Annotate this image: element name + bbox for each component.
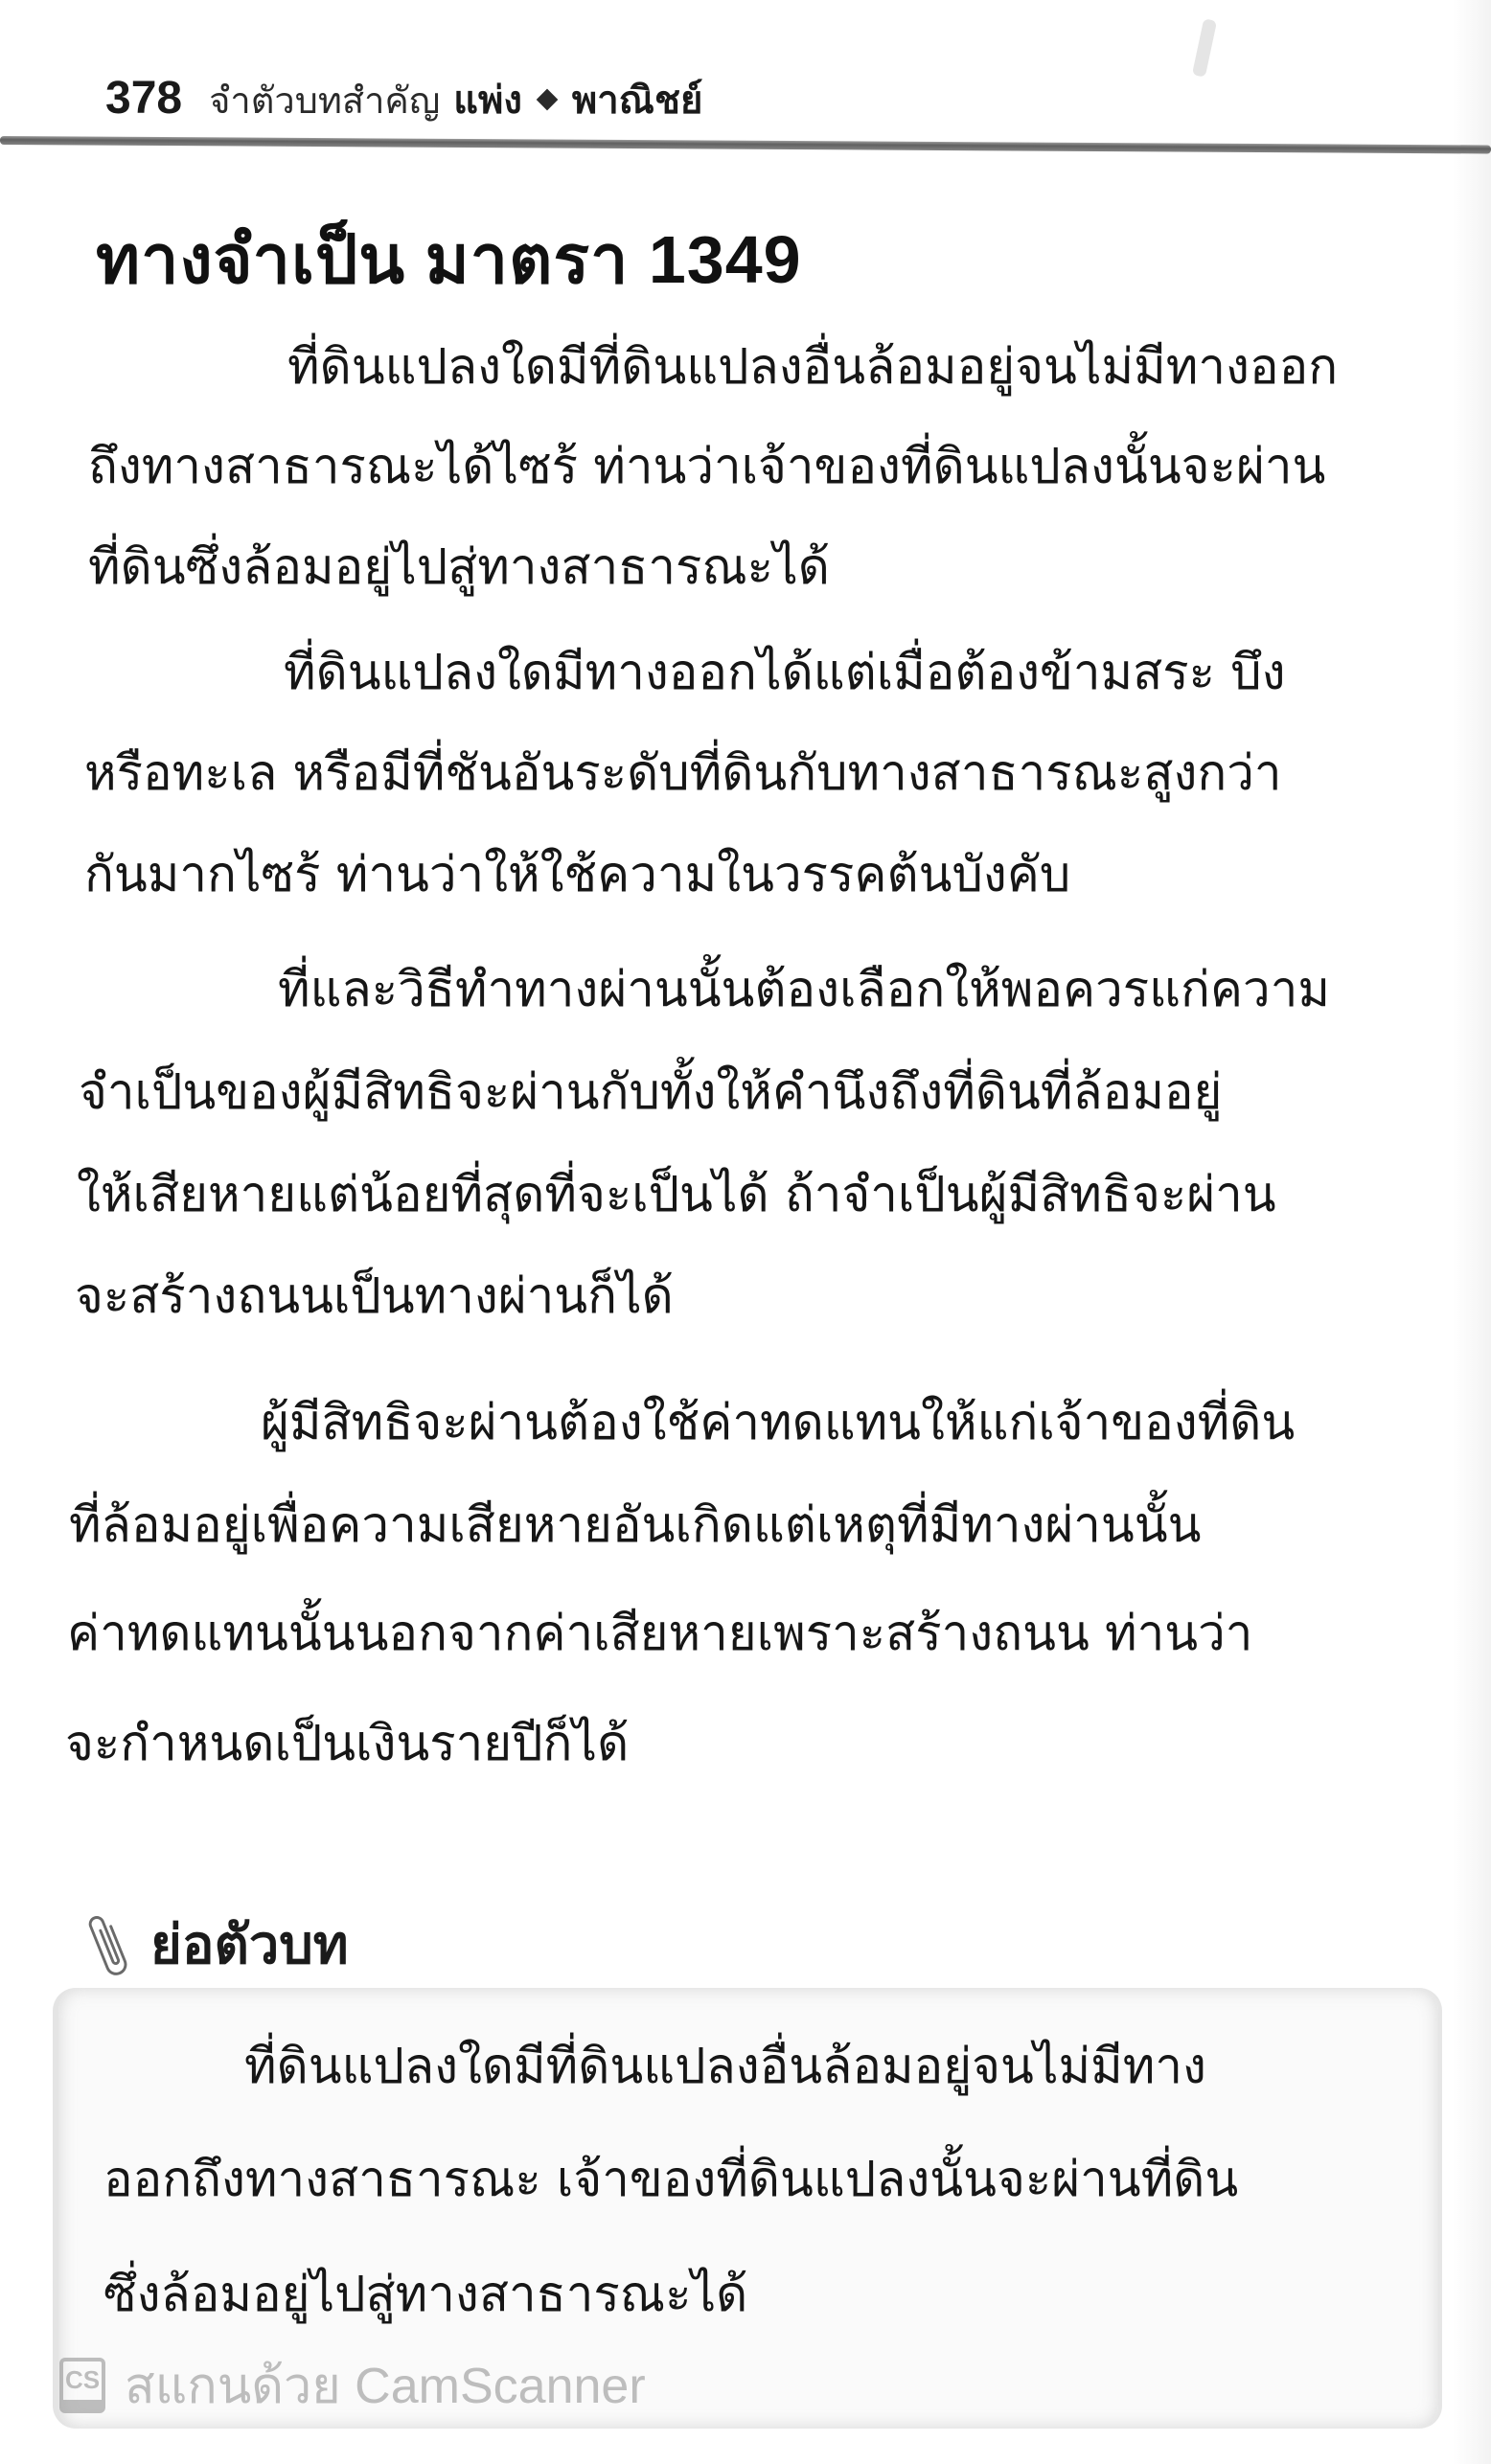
body-line: จำเป็นของผู้มีสิทธิจะผ่านกับทั้งให้คำนึง…	[79, 1068, 1222, 1117]
body-line: กันมากไซร้ ท่านว่าให้ใช้ความในวรรคต้นบัง…	[84, 851, 1070, 900]
summary-line: ที่ดินแปลงใดมีที่ดินแปลงอื่นล้อมอยู่จนไม…	[244, 2042, 1206, 2091]
paperclip-icon	[79, 1903, 142, 1986]
book-part-right: พาณิชย์	[572, 69, 703, 130]
summary-line: ซึ่งล้อมอยู่ไปสู่ทางสาธารณะได้	[103, 2270, 747, 2319]
body-line: ที่ดินแปลงใดมีทางออกได้แต่เมื่อต้องข้ามส…	[284, 649, 1286, 697]
book-part-left: แพ่ง	[453, 69, 522, 130]
body-line: ให้เสียหายแต่น้อยที่สุดที่จะเป็นได้ ถ้าจ…	[77, 1171, 1276, 1220]
body-line: ถึงทางสาธารณะได้ไซร้ ท่านว่าเจ้าของที่ดิ…	[88, 443, 1325, 491]
body-line: ที่ดินซึ่งล้อมอยู่ไปสู่ทางสาธารณะได้	[88, 543, 830, 592]
camscanner-logo-icon: CS	[59, 2358, 105, 2413]
page-number: 378	[105, 72, 182, 125]
diamond-separator-icon	[537, 89, 559, 111]
body-line: หรือทะเล หรือมีที่ชันอันระดับที่ดินกับทา…	[84, 749, 1282, 798]
body-line: จะกำหนดเป็นเงินรายปีก็ได้	[65, 1720, 629, 1768]
section-title: ทางจำเป็น มาตรา 1349	[96, 206, 802, 312]
summary-heading: ย่อตัวบท	[91, 1902, 349, 1987]
book-title: จำตัวบทสำคัญ	[209, 71, 440, 129]
body-line: ค่าทดแทนนั้นนอกจากค่าเสียหายเพราะสร้างถน…	[67, 1609, 1252, 1658]
body-line: ผู้มีสิทธิจะผ่านต้องใช้ค่าทดแทนให้แก่เจ้…	[261, 1399, 1295, 1448]
header-rule	[0, 136, 1491, 154]
scan-smudge	[1192, 18, 1217, 78]
watermark-text: สแกนด้วย CamScanner	[125, 2345, 646, 2425]
body-line: ที่ดินแปลงใดมีที่ดินแปลงอื่นล้อมอยู่จนไม…	[287, 343, 1338, 392]
summary-line: ออกถึงทางสาธารณะ เจ้าของที่ดินแปลงนั้นจะ…	[103, 2156, 1238, 2204]
summary-title: ย่อตัวบท	[150, 1902, 349, 1987]
running-header: 378 จำตัวบทสำคัญ แพ่ง พาณิชย์	[105, 69, 702, 126]
page-edge-shadow	[1453, 0, 1491, 2464]
camscanner-watermark: CS สแกนด้วย CamScanner	[59, 2345, 646, 2425]
body-line: ที่และวิธีทำทางผ่านนั้นต้องเลือกให้พอควร…	[278, 966, 1330, 1015]
body-line: ที่ล้อมอยู่เพื่อความเสียหายอันเกิดแต่เหต…	[69, 1501, 1202, 1550]
body-line: จะสร้างถนนเป็นทางผ่านก็ได้	[75, 1272, 674, 1321]
